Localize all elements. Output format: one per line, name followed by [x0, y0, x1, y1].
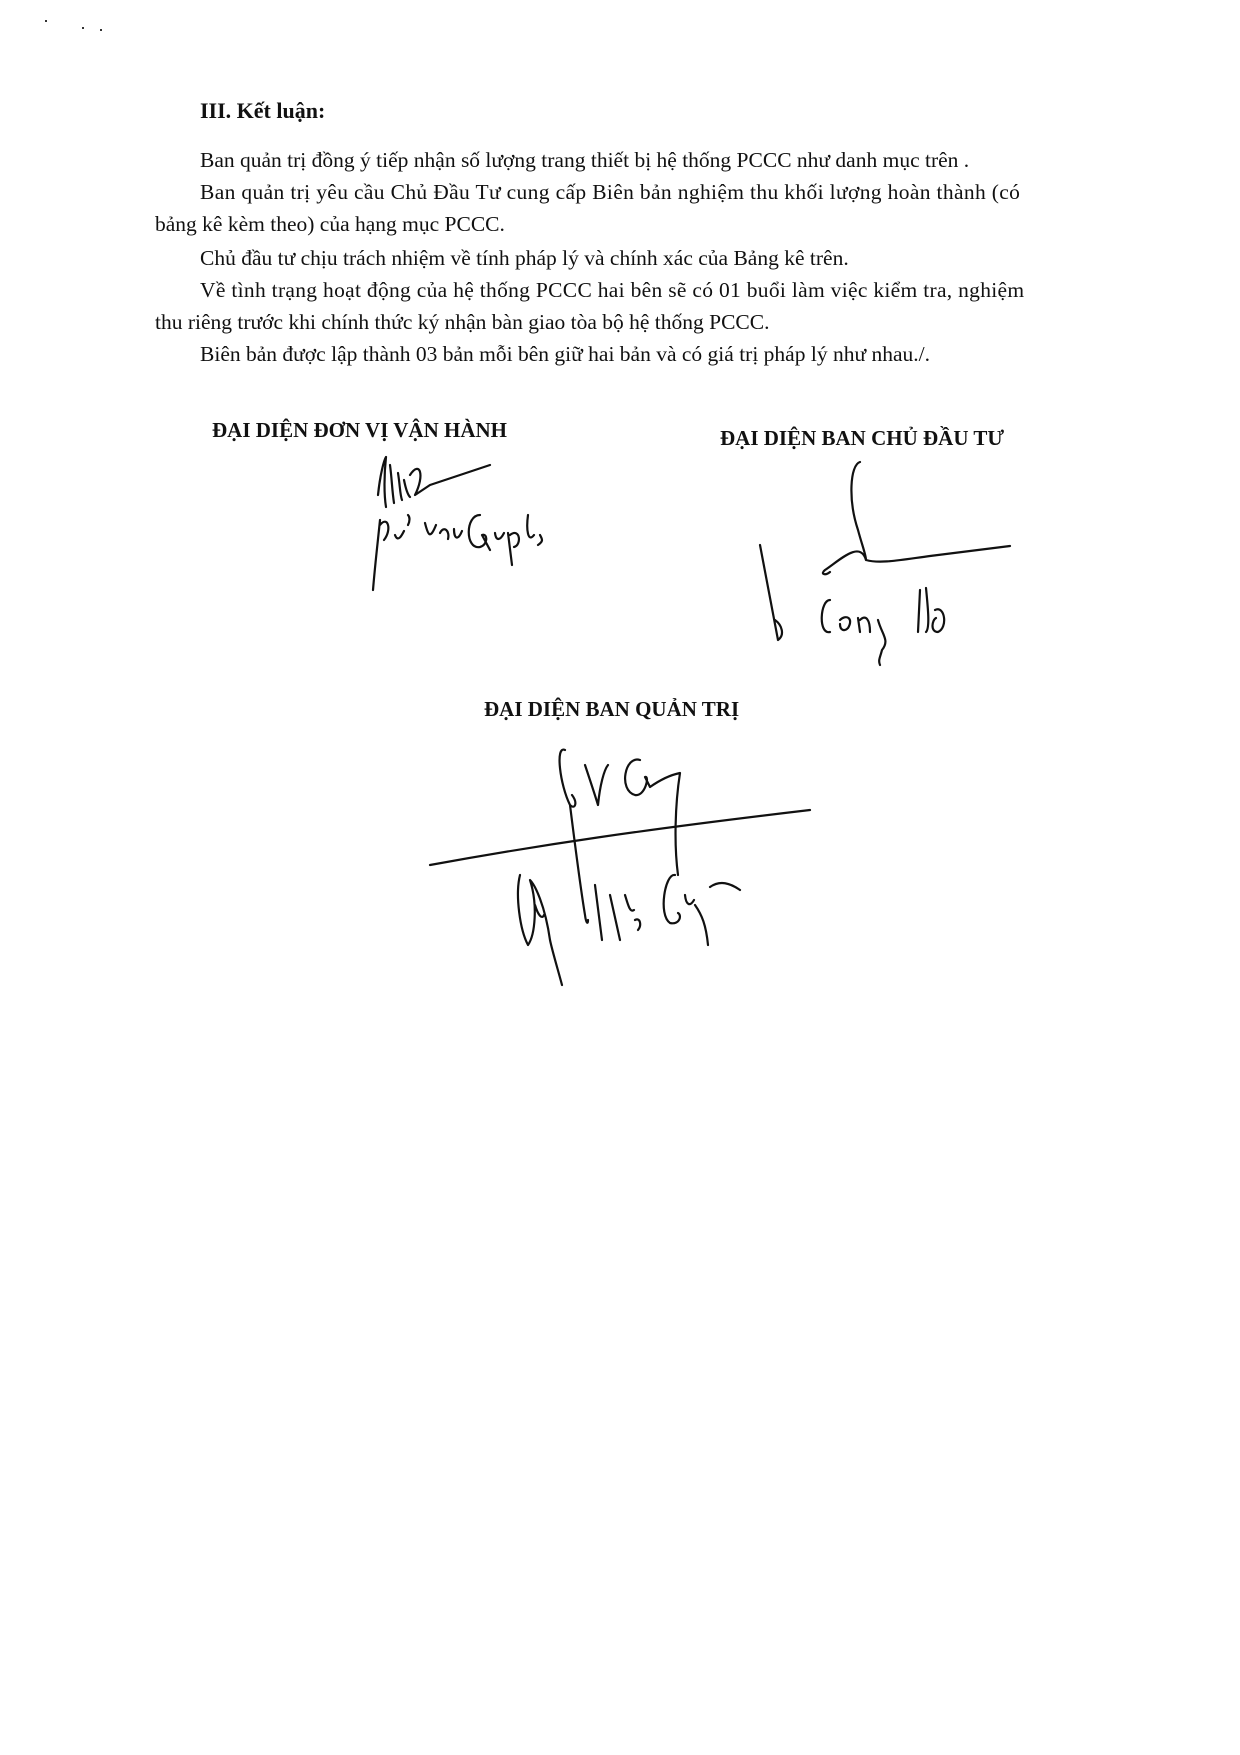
paragraph-line: bảng kê kèm theo) của hạng mục PCCC. — [155, 212, 505, 237]
paragraph-line: Chủ đầu tư chịu trách nhiệm về tính pháp… — [200, 246, 849, 271]
paragraph-line: Ban quản trị đồng ý tiếp nhận số lượng t… — [200, 148, 969, 173]
paragraph-line: thu riêng trước khi chính thức ký nhận b… — [155, 310, 770, 335]
paragraph-line: Về tình trạng hoạt động của hệ thống PCC… — [200, 278, 1024, 303]
document-page: III. Kết luận: Ban quản trị đồng ý tiếp … — [0, 0, 1240, 1755]
scan-speck — [100, 29, 102, 31]
signature-management — [420, 745, 820, 1005]
signature-operator — [370, 455, 630, 635]
section-heading: III. Kết luận: — [200, 98, 325, 124]
paragraph-line: Biên bản được lập thành 03 bản mỗi bên g… — [200, 342, 930, 367]
scan-speck — [45, 20, 47, 22]
paragraph-line: Ban quản trị yêu cầu Chủ Đầu Tư cung cấp… — [200, 180, 1020, 205]
scan-speck — [82, 27, 84, 29]
signature-title-management: ĐẠI DIỆN BAN QUẢN TRỊ — [484, 697, 739, 722]
signature-investor — [730, 460, 1030, 670]
signature-title-operator: ĐẠI DIỆN ĐƠN VỊ VẬN HÀNH — [212, 418, 507, 443]
signature-title-investor: ĐẠI DIỆN BAN CHỦ ĐẦU TƯ — [720, 426, 1004, 451]
